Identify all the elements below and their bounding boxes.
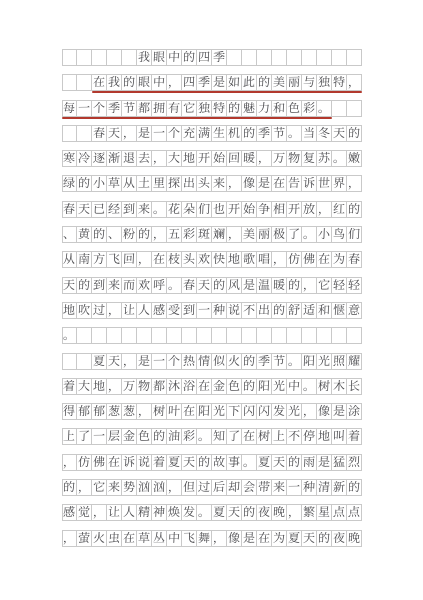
handwritten-char: 地 bbox=[63, 303, 76, 318]
grid-cell: 地 bbox=[62, 302, 77, 319]
handwritten-char: 猛 bbox=[333, 455, 346, 470]
grid-cell: ， bbox=[227, 226, 242, 243]
grid-cell: 的 bbox=[242, 504, 257, 521]
handwritten-char: 粉 bbox=[123, 227, 136, 242]
grid-cell: 星 bbox=[317, 504, 332, 521]
grid-cell bbox=[302, 49, 317, 66]
grid-cell: 来 bbox=[107, 277, 122, 294]
handwritten-char: 夏 bbox=[258, 455, 271, 470]
grid-cell: 势 bbox=[122, 479, 137, 496]
grid-cell: 萤 bbox=[77, 530, 92, 547]
handwritten-char: 葱 bbox=[108, 404, 121, 419]
handwritten-char: 物 bbox=[288, 151, 301, 166]
handwritten-char: 小 bbox=[93, 176, 106, 191]
grid-cell: 头 bbox=[182, 251, 197, 268]
handwritten-char: ， bbox=[138, 252, 151, 267]
handwritten-char: 夏 bbox=[213, 505, 226, 520]
grid-cell: 在 bbox=[257, 530, 272, 547]
grid-cell: 闪 bbox=[257, 403, 272, 420]
handwritten-char: 季 bbox=[258, 354, 271, 369]
handwritten-char: 冷 bbox=[78, 151, 91, 166]
grid-cell: 如 bbox=[227, 74, 242, 91]
grid-cell: 嫩 bbox=[347, 150, 362, 167]
handwritten-char: 鸟 bbox=[333, 227, 346, 242]
grid-cell: 的 bbox=[77, 277, 92, 294]
grid-cell bbox=[287, 327, 302, 344]
grid-cell: 情 bbox=[197, 353, 212, 370]
handwritten-char: ， bbox=[153, 151, 166, 166]
handwritten-char: 意 bbox=[348, 303, 361, 318]
handwritten-char: 中 bbox=[168, 531, 181, 546]
handwritten-char: 欢 bbox=[198, 252, 211, 267]
handwritten-char: 沐 bbox=[168, 379, 181, 394]
handwritten-char: ， bbox=[273, 252, 286, 267]
handwritten-char: 知 bbox=[213, 429, 226, 444]
handwritten-char: 极 bbox=[273, 227, 286, 242]
handwritten-char: 过 bbox=[93, 303, 106, 318]
handwritten-char: 呼 bbox=[153, 278, 166, 293]
grid-cell: 地 bbox=[182, 150, 197, 167]
handwritten-char: 界 bbox=[333, 176, 346, 191]
handwritten-char: 佛 bbox=[303, 252, 316, 267]
grid-cell: 的 bbox=[287, 277, 302, 294]
manuscript-grid: 我眼中的四季在我的眼中，四季是如此的美丽与独特，每一个季节都拥有它独特的魅力和色… bbox=[62, 49, 364, 555]
handwritten-char: 飞 bbox=[108, 252, 121, 267]
manuscript-row: 绿的小草从土里探出头来，像是在告诉世界， bbox=[62, 175, 364, 192]
grid-cell: ， bbox=[272, 251, 287, 268]
grid-cell: ， bbox=[302, 277, 317, 294]
grid-cell: 雨 bbox=[302, 454, 317, 471]
grid-cell: 也 bbox=[212, 201, 227, 218]
handwritten-char: 五 bbox=[168, 227, 181, 242]
handwritten-char: 晚 bbox=[348, 531, 361, 546]
handwritten-char: 却 bbox=[228, 480, 241, 495]
grid-cell: 在 bbox=[317, 251, 332, 268]
handwritten-char: 停 bbox=[303, 429, 316, 444]
grid-cell: 的 bbox=[77, 175, 92, 192]
handwritten-char: 天 bbox=[108, 354, 121, 369]
grid-cell: 欢 bbox=[197, 251, 212, 268]
handwritten-char: 唱 bbox=[258, 252, 271, 267]
grid-cell: 唱 bbox=[257, 251, 272, 268]
grid-cell: 金 bbox=[122, 428, 137, 445]
handwritten-char: 点 bbox=[333, 505, 346, 520]
grid-cell: 它 bbox=[92, 479, 107, 496]
grid-cell: 人 bbox=[122, 504, 137, 521]
handwritten-char: 大 bbox=[78, 379, 91, 394]
grid-cell: 春 bbox=[92, 125, 107, 142]
handwritten-char: 苏 bbox=[318, 151, 331, 166]
grid-cell: 诉 bbox=[302, 175, 317, 192]
grid-cell: 从 bbox=[62, 251, 77, 268]
grid-cell: 叫 bbox=[332, 428, 347, 445]
grid-cell: 种 bbox=[302, 479, 317, 496]
handwritten-char: ， bbox=[228, 176, 241, 191]
handwritten-char: 色 bbox=[138, 429, 151, 444]
grid-cell: 丛 bbox=[152, 530, 167, 547]
handwritten-char: ， bbox=[108, 303, 121, 318]
grid-cell: 到 bbox=[182, 302, 197, 319]
handwritten-char: 一 bbox=[198, 303, 211, 318]
handwritten-char: 们 bbox=[198, 202, 211, 217]
grid-cell: 彩 bbox=[302, 100, 317, 117]
grid-cell: 在 bbox=[197, 378, 212, 395]
grid-cell: 回 bbox=[122, 251, 137, 268]
handwritten-char: 的 bbox=[138, 227, 151, 242]
grid-cell: 吹 bbox=[77, 302, 92, 319]
handwritten-char: 是 bbox=[258, 176, 271, 191]
grid-cell: 快 bbox=[212, 251, 227, 268]
handwritten-char: 了 bbox=[288, 227, 301, 242]
handwritten-char: 方 bbox=[93, 252, 106, 267]
grid-cell: ， bbox=[122, 125, 137, 142]
grid-cell bbox=[107, 49, 122, 66]
grid-cell: 特 bbox=[212, 100, 227, 117]
handwritten-char: 复 bbox=[303, 151, 316, 166]
grid-cell: 下 bbox=[227, 403, 242, 420]
grid-cell: 但 bbox=[182, 479, 197, 496]
grid-cell: 小 bbox=[317, 226, 332, 243]
handwritten-char: 下 bbox=[228, 404, 241, 419]
handwritten-char: 诉 bbox=[303, 176, 316, 191]
grid-cell: 是 bbox=[137, 353, 152, 370]
grid-cell: 仿 bbox=[77, 454, 92, 471]
grid-cell: 猛 bbox=[332, 454, 347, 471]
handwritten-char: ， bbox=[168, 75, 181, 90]
grid-cell: 南 bbox=[77, 251, 92, 268]
grid-cell: 葱 bbox=[122, 403, 137, 420]
handwritten-char: 开 bbox=[288, 202, 301, 217]
handwritten-char: 从 bbox=[63, 252, 76, 267]
grid-cell: 飞 bbox=[107, 251, 122, 268]
handwritten-char: 大 bbox=[168, 151, 181, 166]
handwritten-char: 朵 bbox=[183, 202, 196, 217]
grid-cell: 葱 bbox=[107, 403, 122, 420]
grid-cell: 说 bbox=[227, 302, 242, 319]
handwritten-char: 在 bbox=[108, 455, 121, 470]
handwritten-char: 里 bbox=[153, 176, 166, 191]
grid-cell: 天 bbox=[272, 454, 287, 471]
grid-cell: 佛 bbox=[302, 251, 317, 268]
handwritten-char: 头 bbox=[183, 252, 196, 267]
grid-cell: 眼 bbox=[152, 49, 167, 66]
grid-cell: 争 bbox=[257, 201, 272, 218]
handwritten-char: 它 bbox=[318, 278, 331, 293]
grid-cell: 来 bbox=[272, 479, 287, 496]
grid-cell bbox=[137, 327, 152, 344]
handwritten-char: 春 bbox=[348, 252, 361, 267]
handwritten-char: 个 bbox=[93, 101, 106, 116]
grid-cell: 繁 bbox=[302, 504, 317, 521]
grid-cell: 经 bbox=[107, 201, 122, 218]
handwritten-char: 热 bbox=[183, 354, 196, 369]
grid-cell: 渐 bbox=[107, 150, 122, 167]
handwritten-char: 季 bbox=[198, 75, 211, 90]
grid-cell: 感 bbox=[152, 302, 167, 319]
grid-cell: 汹 bbox=[152, 479, 167, 496]
handwritten-char: 的 bbox=[288, 455, 301, 470]
handwritten-char: 。 bbox=[303, 379, 316, 394]
handwritten-char: 的 bbox=[243, 379, 256, 394]
grid-cell: 夜 bbox=[332, 530, 347, 547]
grid-cell: ， bbox=[257, 150, 272, 167]
grid-cell: 像 bbox=[227, 530, 242, 547]
grid-cell: 枝 bbox=[167, 251, 182, 268]
grid-cell: 特 bbox=[332, 74, 347, 91]
grid-cell: 满 bbox=[197, 125, 212, 142]
grid-cell: 充 bbox=[182, 125, 197, 142]
grid-cell: ， bbox=[167, 479, 182, 496]
grid-cell bbox=[332, 100, 347, 117]
grid-cell: ， bbox=[92, 504, 107, 521]
handwritten-char: 来 bbox=[213, 176, 226, 191]
handwritten-char: 夏 bbox=[93, 354, 106, 369]
grid-cell: 是 bbox=[137, 125, 152, 142]
handwritten-char: 、 bbox=[63, 227, 76, 242]
grid-cell: 的 bbox=[212, 277, 227, 294]
handwritten-char: 特 bbox=[213, 101, 226, 116]
grid-cell: 天 bbox=[302, 530, 317, 547]
handwritten-char: 到 bbox=[93, 278, 106, 293]
grid-cell: 世 bbox=[317, 175, 332, 192]
handwritten-char: 始 bbox=[213, 151, 226, 166]
handwritten-char: 得 bbox=[63, 404, 76, 419]
grid-cell: 四 bbox=[197, 49, 212, 66]
grid-cell: 大 bbox=[77, 378, 92, 395]
grid-cell: 种 bbox=[212, 302, 227, 319]
handwritten-char: 是 bbox=[243, 531, 256, 546]
grid-cell: 苏 bbox=[317, 150, 332, 167]
manuscript-row: 夏天，是一个热情似火的季节。阳光照耀 bbox=[62, 353, 364, 370]
handwritten-char: 新 bbox=[333, 480, 346, 495]
grid-cell: 虫 bbox=[107, 530, 122, 547]
grid-cell: ， bbox=[302, 403, 317, 420]
grid-cell: 是 bbox=[257, 175, 272, 192]
handwritten-char: 春 bbox=[93, 126, 106, 141]
handwritten-char: 、 bbox=[108, 227, 121, 242]
grid-cell: 知 bbox=[212, 428, 227, 445]
handwritten-char: ， bbox=[213, 531, 226, 546]
handwritten-char: ， bbox=[303, 404, 316, 419]
grid-cell: 。 bbox=[242, 454, 257, 471]
handwritten-char: 个 bbox=[168, 126, 181, 141]
handwritten-char: 星 bbox=[318, 505, 331, 520]
grid-cell: 天 bbox=[62, 277, 77, 294]
handwritten-char: 暖 bbox=[243, 151, 256, 166]
handwritten-char: 佛 bbox=[93, 455, 106, 470]
grid-cell: 惬 bbox=[332, 302, 347, 319]
grid-cell: ， bbox=[152, 150, 167, 167]
handwritten-char: 舒 bbox=[288, 303, 301, 318]
handwritten-char: 中 bbox=[153, 75, 166, 90]
manuscript-row: 寒冷逐渐退去，大地开始回暖，万物复苏。嫩 bbox=[62, 150, 364, 167]
manuscript-row: 、黄的、粉的，五彩斑斓，美丽极了。小鸟们 bbox=[62, 226, 364, 243]
handwritten-char: 也 bbox=[213, 202, 226, 217]
handwritten-char: 说 bbox=[228, 303, 241, 318]
grid-cell: 草 bbox=[107, 175, 122, 192]
grid-cell: 夏 bbox=[92, 353, 107, 370]
handwritten-char: 叶 bbox=[168, 404, 181, 419]
grid-cell: 已 bbox=[92, 201, 107, 218]
handwritten-char: ， bbox=[318, 202, 331, 217]
grid-cell: 。 bbox=[302, 226, 317, 243]
grid-cell: 四 bbox=[182, 74, 197, 91]
grid-cell: ， bbox=[152, 226, 167, 243]
grid-cell bbox=[77, 49, 92, 66]
handwritten-char: 夏 bbox=[168, 455, 181, 470]
grid-cell: 感 bbox=[62, 504, 77, 521]
grid-cell: 一 bbox=[92, 428, 107, 445]
grid-cell: 此 bbox=[242, 74, 257, 91]
handwritten-char: 的 bbox=[213, 278, 226, 293]
handwritten-char: 的 bbox=[153, 429, 166, 444]
grid-cell: 。 bbox=[197, 428, 212, 445]
handwritten-char: 去 bbox=[138, 151, 151, 166]
handwritten-char: 阳 bbox=[258, 379, 271, 394]
grid-cell: 。 bbox=[167, 277, 182, 294]
grid-cell: 一 bbox=[152, 353, 167, 370]
handwritten-char: 的 bbox=[348, 126, 361, 141]
grid-cell: 界 bbox=[332, 175, 347, 192]
handwritten-char: 点 bbox=[348, 505, 361, 520]
grid-cell: 树 bbox=[257, 428, 272, 445]
handwritten-char: 人 bbox=[138, 303, 151, 318]
handwritten-char: 轻 bbox=[333, 278, 346, 293]
handwritten-char: 地 bbox=[228, 252, 241, 267]
manuscript-row: 感觉，让人精神焕发。夏天的夜晚，繁星点点 bbox=[62, 504, 364, 521]
handwritten-char: 不 bbox=[243, 303, 256, 318]
handwritten-char: 的 bbox=[318, 531, 331, 546]
handwritten-char: 飞 bbox=[183, 531, 196, 546]
grid-cell bbox=[197, 327, 212, 344]
grid-cell: 光 bbox=[212, 403, 227, 420]
grid-cell: 和 bbox=[317, 302, 332, 319]
grid-cell: 着 bbox=[152, 454, 167, 471]
grid-cell bbox=[107, 327, 122, 344]
handwritten-char: 清 bbox=[318, 480, 331, 495]
handwritten-char: 。 bbox=[303, 227, 316, 242]
manuscript-row: 上了一层金色的油彩。知了在树上不停地叫着 bbox=[62, 428, 364, 445]
grid-cell: ， bbox=[317, 201, 332, 218]
handwritten-char: 眼 bbox=[153, 50, 166, 65]
handwritten-char: 着 bbox=[63, 379, 76, 394]
manuscript-row: 春天已经到来。花朵们也开始争相开放，红的 bbox=[62, 201, 364, 218]
handwritten-char: 在 bbox=[123, 531, 136, 546]
grid-cell: 地 bbox=[227, 251, 242, 268]
handwritten-char: 美 bbox=[243, 227, 256, 242]
grid-cell: 独 bbox=[317, 74, 332, 91]
handwritten-char: 退 bbox=[123, 151, 136, 166]
manuscript-row: 每一个季节都拥有它独特的魅力和色彩。 bbox=[62, 100, 364, 117]
handwritten-char: 节 bbox=[273, 354, 286, 369]
grid-cell: 暖 bbox=[242, 150, 257, 167]
handwritten-char: 春 bbox=[63, 202, 76, 217]
grid-cell: 夜 bbox=[257, 504, 272, 521]
grid-cell: 眼 bbox=[137, 74, 152, 91]
grid-cell: ， bbox=[212, 530, 227, 547]
handwritten-char: 闪 bbox=[243, 404, 256, 419]
grid-cell: 个 bbox=[92, 100, 107, 117]
handwritten-char: 的 bbox=[243, 126, 256, 141]
grid-cell: 木 bbox=[332, 378, 347, 395]
grid-cell: 而 bbox=[122, 277, 137, 294]
grid-cell bbox=[122, 49, 137, 66]
grid-cell: 头 bbox=[197, 175, 212, 192]
grid-cell: 的 bbox=[347, 479, 362, 496]
handwritten-char: 树 bbox=[318, 379, 331, 394]
grid-cell: 放 bbox=[302, 201, 317, 218]
grid-cell: 万 bbox=[272, 150, 287, 167]
handwritten-char: 们 bbox=[348, 227, 361, 242]
grid-cell bbox=[92, 327, 107, 344]
handwritten-char: 到 bbox=[123, 202, 136, 217]
manuscript-row: 在我的眼中，四季是如此的美丽与独特， bbox=[62, 74, 364, 91]
grid-cell: 为 bbox=[332, 251, 347, 268]
grid-cell bbox=[62, 74, 77, 91]
handwritten-char: 一 bbox=[153, 354, 166, 369]
handwritten-char: 渐 bbox=[108, 151, 121, 166]
handwritten-char: 充 bbox=[183, 126, 196, 141]
grid-cell: 在 bbox=[152, 251, 167, 268]
handwritten-char: 受 bbox=[168, 303, 181, 318]
grid-cell: 层 bbox=[107, 428, 122, 445]
handwritten-char: 。 bbox=[153, 202, 166, 217]
grid-cell: 季 bbox=[107, 100, 122, 117]
handwritten-char: 一 bbox=[153, 126, 166, 141]
grid-cell: 。 bbox=[287, 125, 302, 142]
handwritten-char: 发 bbox=[273, 404, 286, 419]
handwritten-char: 。 bbox=[63, 328, 76, 343]
handwritten-char: 夜 bbox=[258, 505, 271, 520]
handwritten-char: 而 bbox=[123, 278, 136, 293]
grid-cell: 长 bbox=[347, 378, 362, 395]
handwritten-char: 油 bbox=[168, 429, 181, 444]
grid-cell: 冷 bbox=[77, 150, 92, 167]
grid-cell: 始 bbox=[212, 150, 227, 167]
handwritten-char: 葱 bbox=[123, 404, 136, 419]
handwritten-char: 的 bbox=[273, 303, 286, 318]
handwritten-char: 种 bbox=[303, 480, 316, 495]
grid-cell: 在 bbox=[182, 403, 197, 420]
manuscript-row: ，仿佛在诉说着夏天的故事。夏天的雨是猛烈 bbox=[62, 454, 364, 471]
handwritten-char: 情 bbox=[198, 354, 211, 369]
handwritten-char: 季 bbox=[258, 126, 271, 141]
handwritten-char: 的 bbox=[198, 455, 211, 470]
grid-cell: 天 bbox=[182, 454, 197, 471]
handwritten-char: 种 bbox=[213, 303, 226, 318]
grid-cell: 、 bbox=[62, 226, 77, 243]
grid-cell: 有 bbox=[167, 100, 182, 117]
handwritten-char: 为 bbox=[333, 252, 346, 267]
handwritten-char: 的 bbox=[228, 101, 241, 116]
grid-cell: 会 bbox=[242, 479, 257, 496]
handwritten-char: ， bbox=[123, 354, 136, 369]
handwritten-char: 风 bbox=[228, 278, 241, 293]
handwritten-char: 在 bbox=[93, 75, 106, 90]
grid-cell: 是 bbox=[242, 277, 257, 294]
grid-cell: 逐 bbox=[92, 150, 107, 167]
grid-cell bbox=[257, 49, 272, 66]
handwritten-char: 相 bbox=[273, 202, 286, 217]
handwritten-char: ， bbox=[258, 151, 271, 166]
grid-cell: 寒 bbox=[62, 150, 77, 167]
handwritten-char: 一 bbox=[78, 101, 91, 116]
grid-cell: 土 bbox=[137, 175, 152, 192]
handwritten-char: 独 bbox=[318, 75, 331, 90]
handwritten-char: 事 bbox=[228, 455, 241, 470]
handwritten-char: 彩 bbox=[183, 429, 196, 444]
grid-cell bbox=[212, 327, 227, 344]
